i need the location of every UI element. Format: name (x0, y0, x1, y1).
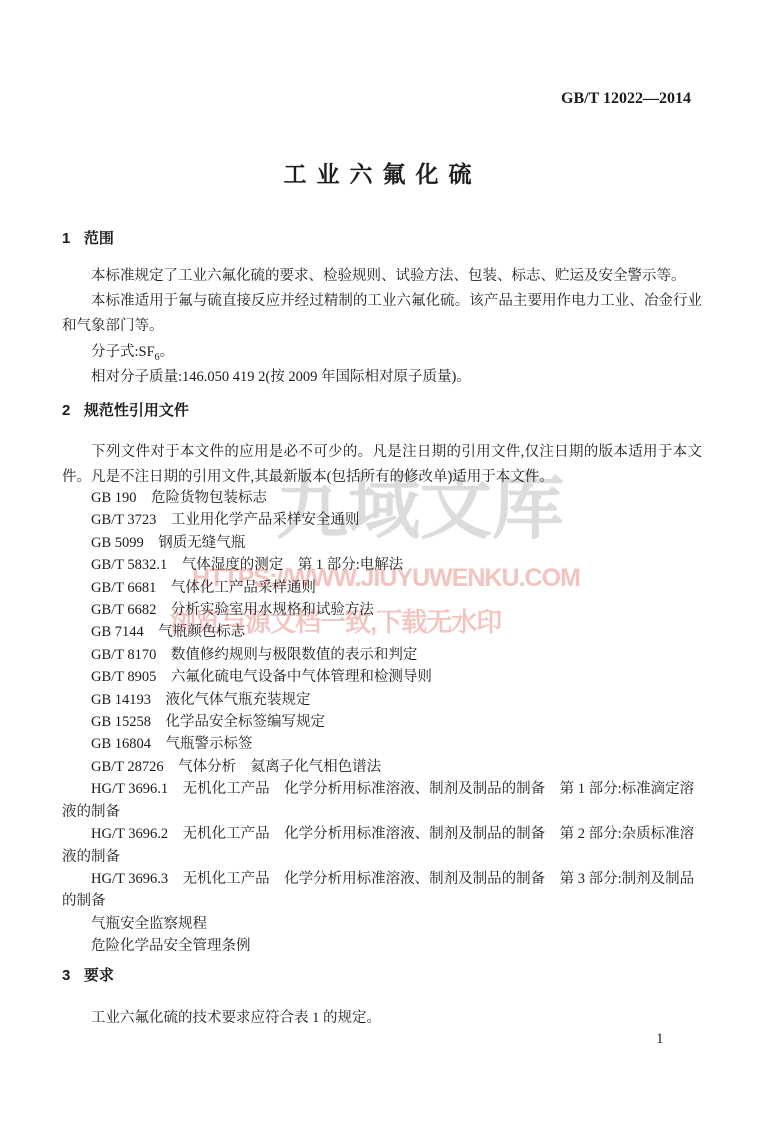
reference-item: GB/T 8905 六氟化硫电气设备中气体管理和检测导则 (62, 666, 702, 688)
section-heading-requirements: 3要求 (62, 964, 114, 985)
document-title: 工业六氟化硫 (0, 156, 765, 189)
reference-item: GB/T 28726 气体分析 氦离子化气相色谱法 (62, 756, 702, 778)
formula-prefix: 分子式:SF (91, 344, 155, 360)
section-body-references-intro: 下列文件对于本文件的应用是必不可少的。凡是注日期的引用文件,仅注日期的版本适用于… (62, 440, 702, 490)
reference-item: GB/T 5832.1 气体湿度的测定 第 1 部分:电解法 (62, 554, 702, 576)
document-page: 九域文库 HTTPS://WWW.JIUYUWENKU.COM 浏览与源文档一致… (0, 0, 765, 1122)
reference-item: HG/T 3696.1 无机化工产品 化学分析用标准溶液、制剂及制品的制备 第 … (62, 778, 702, 823)
reference-item: GB 15258 化学品安全标签编写规定 (62, 711, 702, 733)
section-number: 3 (62, 967, 70, 984)
paragraph: 本标准规定了工业六氟化硫的要求、检验规则、试验方法、包装、标志、贮运及安全警示等… (62, 264, 702, 289)
section-heading-references: 2规范性引用文件 (62, 399, 189, 420)
page-number: 1 (656, 1031, 664, 1048)
reference-item: GB/T 6681 气体化工产品采样通则 (62, 577, 702, 599)
section-title: 范围 (84, 230, 114, 247)
reference-item: GB 5099 钢质无缝气瓶 (62, 532, 702, 554)
reference-item: 危险化学品安全管理条例 (62, 935, 702, 957)
references-list: GB 190 危险货物包装标志 GB/T 3723 工业用化学产品采样安全通则 … (62, 487, 702, 958)
section-body-scope: 本标准规定了工业六氟化硫的要求、检验规则、试验方法、包装、标志、贮运及安全警示等… (62, 264, 702, 390)
section-number: 2 (62, 402, 70, 419)
reference-item: HG/T 3696.3 无机化工产品 化学分析用标准溶液、制剂及制品的制备 第 … (62, 868, 702, 913)
reference-item: 气瓶安全监察规程 (62, 913, 702, 935)
reference-item: GB 14193 液化气体气瓶充装规定 (62, 689, 702, 711)
paragraph: 下列文件对于本文件的应用是必不可少的。凡是注日期的引用文件,仅注日期的版本适用于… (62, 440, 702, 490)
paragraph: 相对分子质量:146.050 419 2(按 2009 年国际相对原子质量)。 (62, 365, 702, 390)
standard-number: GB/T 12022—2014 (561, 90, 691, 108)
section-number: 1 (62, 230, 70, 247)
molecular-formula: 分子式:SF6。 (62, 340, 702, 365)
paragraph: 本标准适用于氟与硫直接反应并经过精制的工业六氟化硫。该产品主要用作电力工业、冶金… (62, 289, 702, 339)
section-title: 要求 (84, 967, 114, 984)
paragraph: 工业六氟化硫的技术要求应符合表 1 的规定。 (62, 1006, 702, 1031)
reference-item: GB/T 3723 工业用化学产品采样安全通则 (62, 509, 702, 531)
reference-item: GB 16804 气瓶警示标签 (62, 733, 702, 755)
section-body-requirements: 工业六氟化硫的技术要求应符合表 1 的规定。 (62, 1006, 702, 1031)
formula-suffix: 。 (160, 344, 175, 360)
reference-item: GB 7144 气瓶颜色标志 (62, 621, 702, 643)
reference-item: GB/T 8170 数值修约规则与极限数值的表示和判定 (62, 644, 702, 666)
section-title: 规范性引用文件 (84, 402, 189, 419)
reference-item: GB/T 6682 分析实验室用水规格和试验方法 (62, 599, 702, 621)
reference-item: HG/T 3696.2 无机化工产品 化学分析用标准溶液、制剂及制品的制备 第 … (62, 823, 702, 868)
reference-item: GB 190 危险货物包装标志 (62, 487, 702, 509)
section-heading-scope: 1范围 (62, 227, 114, 248)
